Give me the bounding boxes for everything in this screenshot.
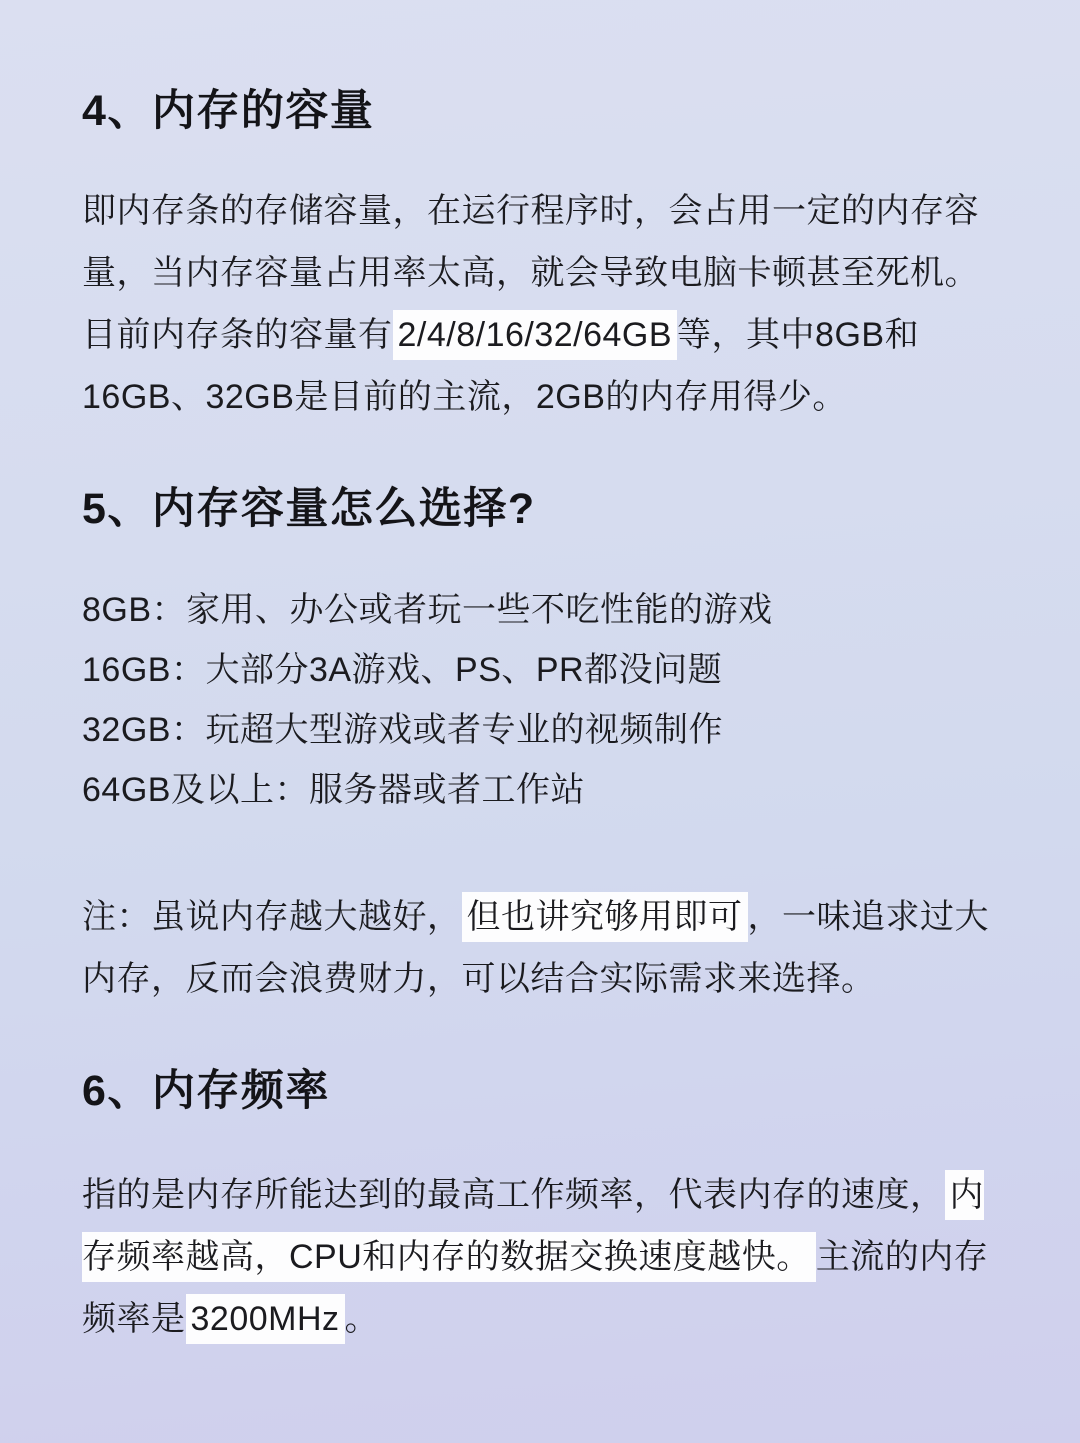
memory-guide-page: 4、内存的容量 即内存条的存储容量，在运行程序时，会占用一定的内存容量，当内存容… (0, 0, 1080, 1443)
highlighted-text: 2/4/8/16/32/64GB (393, 310, 678, 360)
section-5-heading: 5、内存容量怎么选择? (82, 484, 1016, 534)
section-capacity-choice: 5、内存容量怎么选择? 8GB：家用、办公或者玩一些不吃性能的游戏 16GB：大… (82, 484, 1016, 1010)
list-item: 16GB：大部分3A游戏、PS、PR都没问题 (82, 640, 1016, 700)
highlighted-text: 3200MHz (186, 1294, 345, 1344)
list-item: 64GB及以上：服务器或者工作站 (82, 760, 1016, 820)
section-6-heading: 6、内存频率 (82, 1066, 1016, 1116)
list-item: 8GB：家用、办公或者玩一些不吃性能的游戏 (82, 580, 1016, 640)
paragraph-text: 指的是内存所能达到的最高工作频率，代表内存的速度， (82, 1176, 945, 1214)
paragraph: 即内存条的存储容量，在运行程序时，会占用一定的内存容量，当内存容量占用率太高，就… (82, 180, 1016, 304)
paragraph: 目前内存条的容量有2/4/8/16/32/64GB等，其中8GB和16GB、32… (82, 304, 1016, 428)
list-item: 32GB：玩超大型游戏或者专业的视频制作 (82, 700, 1016, 760)
section-memory-capacity: 4、内存的容量 即内存条的存储容量，在运行程序时，会占用一定的内存容量，当内存容… (82, 86, 1016, 428)
section-memory-frequency: 6、内存频率 指的是内存所能达到的最高工作频率，代表内存的速度，内存频率越高，C… (82, 1066, 1016, 1350)
paragraph-text: 注：虽说内存越大越好， (82, 898, 462, 936)
note-paragraph: 注：虽说内存越大越好，但也讲究够用即可，一味追求过大内存，反而会浪费财力，可以结… (82, 886, 1016, 1010)
section-4-body: 即内存条的存储容量，在运行程序时，会占用一定的内存容量，当内存容量占用率太高，就… (82, 180, 1016, 428)
frequency-paragraph: 指的是内存所能达到的最高工作频率，代表内存的速度，内存频率越高，CPU和内存的数… (82, 1164, 1016, 1350)
section-4-heading: 4、内存的容量 (82, 86, 1016, 136)
paragraph-text: 。 (345, 1300, 380, 1338)
capacity-option-list: 8GB：家用、办公或者玩一些不吃性能的游戏 16GB：大部分3A游戏、PS、PR… (82, 580, 1016, 820)
paragraph-text: 即内存条的存储容量，在运行程序时，会占用一定的内存容量，当内存容量占用率太高，就… (82, 192, 979, 292)
paragraph-text: 目前内存条的容量有 (82, 316, 393, 354)
highlighted-text: 但也讲究够用即可 (462, 892, 748, 942)
